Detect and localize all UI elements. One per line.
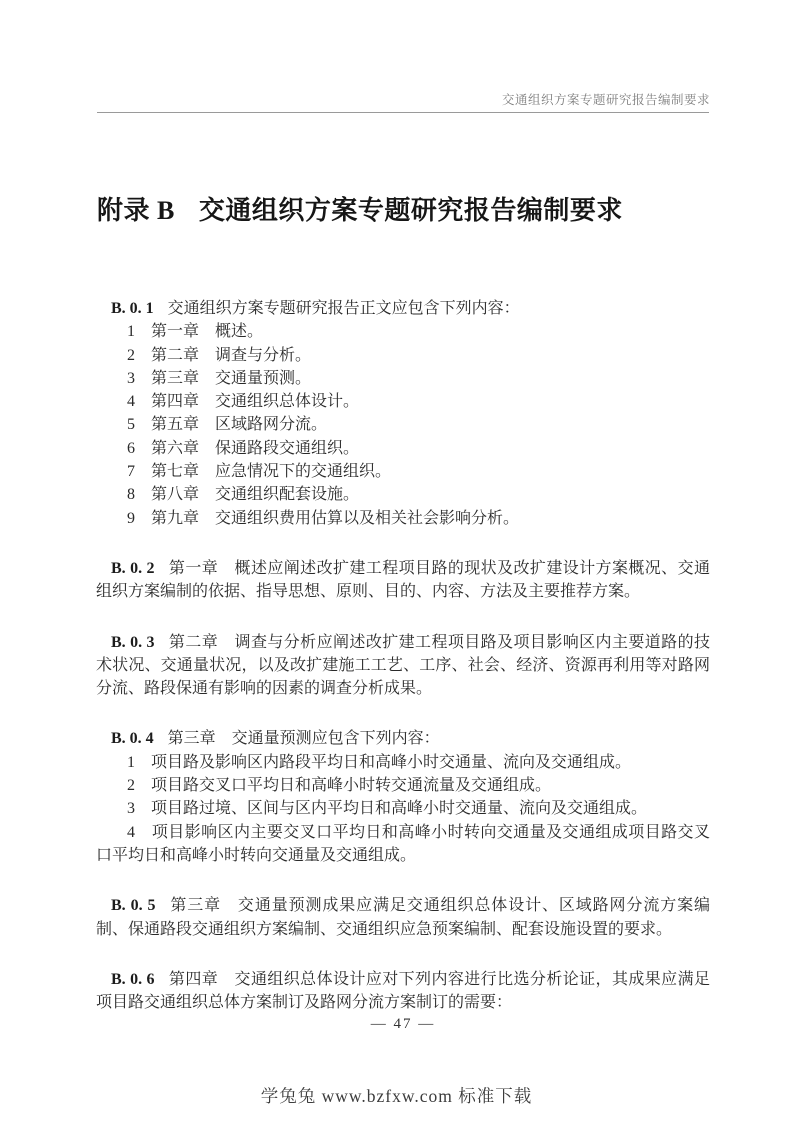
running-header: 交通组织方案专题研究报告编制要求 [96, 90, 710, 108]
clause-b01-lead: B. 0. 1交通组织方案专题研究报告正文应包含下列内容： [96, 297, 710, 320]
appendix-title-prefix: 附录 B [97, 196, 175, 225]
document-body: B. 0. 1交通组织方案专题研究报告正文应包含下列内容： 1 第一章 概述。 … [96, 297, 710, 1014]
clause-b01-item-6: 6 第六章 保通路段交通组织。 [96, 437, 710, 460]
clause-b02-label: B. 0. 2 [111, 560, 169, 577]
clause-b01-item-5: 5 第五章 区域路网分流。 [96, 413, 710, 436]
appendix-title-text: 交通组织方案专题研究报告编制要求 [199, 196, 623, 225]
clause-b06: B. 0. 6第四章 交通组织总体设计应对下列内容进行比选分析论证，其成果应满足… [96, 968, 710, 1015]
page-number: — 47 — [96, 1016, 710, 1033]
clause-b02-lead: B. 0. 2第一章 概述应阐述改扩建工程项目路的现状及改扩建设计方案概况、交通… [96, 557, 710, 604]
clause-b03-text: 第二章 调查与分析应阐述改扩建工程项目路及项目影响区内主要道路的技术状况、交通量… [96, 634, 710, 698]
clause-b05-lead: B. 0. 5第三章 交通量预测成果应满足交通组织总体设计、区域路网分流方案编制… [96, 894, 710, 941]
clause-b02: B. 0. 2第一章 概述应阐述改扩建工程项目路的现状及改扩建设计方案概况、交通… [96, 557, 710, 604]
clause-b02-text: 第一章 概述应阐述改扩建工程项目路的现状及改扩建设计方案概况、交通组织方案编制的… [96, 560, 710, 600]
clause-b01-item-9: 9 第九章 交通组织费用估算以及相关社会影响分析。 [96, 507, 710, 530]
clause-b04: B. 0. 4第三章 交通量预测应包含下列内容： 1 项目路及影响区内路段平均日… [96, 727, 710, 867]
clause-b05-text: 第三章 交通量预测成果应满足交通组织总体设计、区域路网分流方案编制、保通路段交通… [96, 897, 710, 937]
clause-b04-item-1: 1 项目路及影响区内路段平均日和高峰小时交通量、流向及交通组成。 [96, 751, 710, 774]
clause-b06-text: 第四章 交通组织总体设计应对下列内容进行比选分析论证，其成果应满足项目路交通组织… [96, 971, 710, 1011]
clause-b04-item-4: 4 项目影响区内主要交叉口平均日和高峰小时转向交通量及交通组成项目路交叉口平均日… [96, 821, 710, 868]
clause-b05: B. 0. 5第三章 交通量预测成果应满足交通组织总体设计、区域路网分流方案编制… [96, 894, 710, 941]
clause-b03-label: B. 0. 3 [111, 634, 169, 651]
clause-b04-item-2: 2 项目路交叉口平均日和高峰小时转交通流量及交通组成。 [96, 774, 710, 797]
clause-b04-text: 第三章 交通量预测应包含下列内容： [168, 730, 440, 747]
running-header-text: 交通组织方案专题研究报告编制要求 [502, 93, 710, 107]
appendix-title: 附录 B交通组织方案专题研究报告编制要求 [97, 190, 623, 227]
clause-b03: B. 0. 3第二章 调查与分析应阐述改扩建工程项目路及项目影响区内主要道路的技… [96, 631, 710, 701]
header-rule [97, 112, 709, 113]
clause-b01: B. 0. 1交通组织方案专题研究报告正文应包含下列内容： 1 第一章 概述。 … [96, 297, 710, 530]
clause-b01-item-1: 1 第一章 概述。 [96, 320, 710, 343]
clause-b01-item-7: 7 第七章 应急情况下的交通组织。 [96, 460, 710, 483]
clause-b06-lead: B. 0. 6第四章 交通组织总体设计应对下列内容进行比选分析论证，其成果应满足… [96, 968, 710, 1015]
document-page: 交通组织方案专题研究报告编制要求 附录 B交通组织方案专题研究报告编制要求 B.… [0, 0, 793, 1122]
clause-b01-item-4: 4 第四章 交通组织总体设计。 [96, 390, 710, 413]
clause-b01-item-8: 8 第八章 交通组织配套设施。 [96, 483, 710, 506]
clause-b04-item-3: 3 项目路过境、区间与区内平均日和高峰小时交通量、流向及交通组成。 [96, 797, 710, 820]
clause-b01-item-3: 3 第三章 交通量预测。 [96, 367, 710, 390]
clause-b06-label: B. 0. 6 [111, 971, 169, 988]
clause-b01-item-2: 2 第二章 调查与分析。 [96, 344, 710, 367]
watermark: 学兔兔 www.bzfxw.com 标准下载 [0, 1083, 793, 1108]
clause-b05-label: B. 0. 5 [111, 897, 169, 914]
clause-b01-label: B. 0. 1 [111, 300, 168, 317]
clause-b01-text: 交通组织方案专题研究报告正文应包含下列内容： [168, 300, 520, 317]
clause-b04-lead: B. 0. 4第三章 交通量预测应包含下列内容： [96, 727, 710, 750]
clause-b04-label: B. 0. 4 [111, 730, 168, 747]
clause-b03-lead: B. 0. 3第二章 调查与分析应阐述改扩建工程项目路及项目影响区内主要道路的技… [96, 631, 710, 701]
